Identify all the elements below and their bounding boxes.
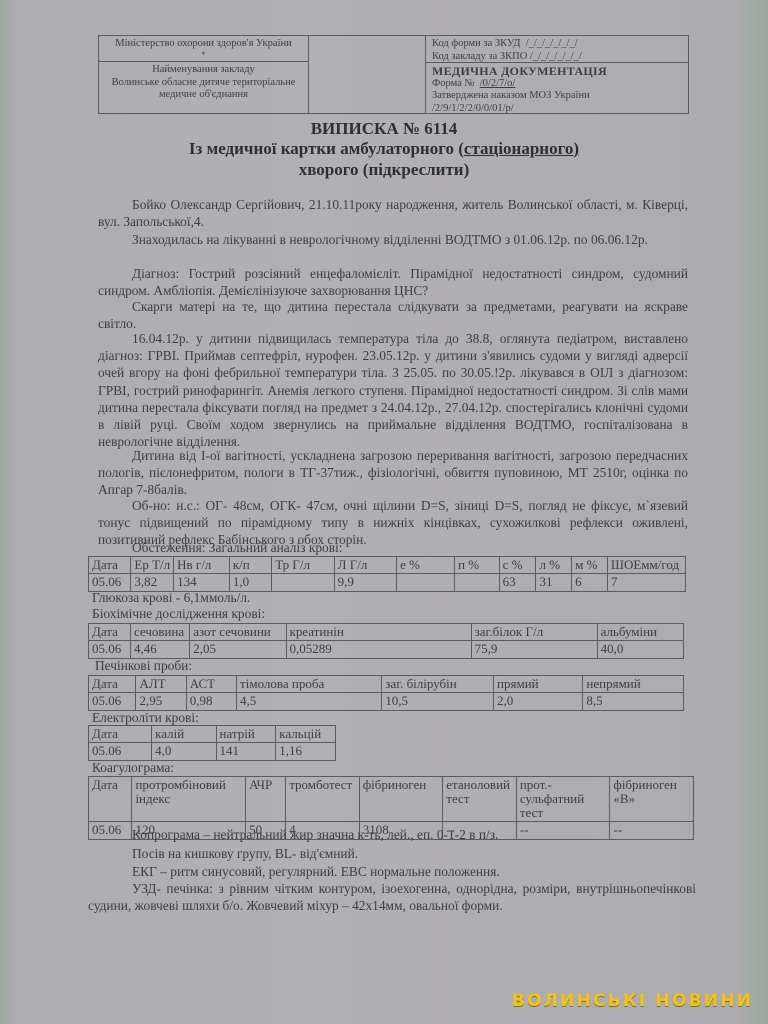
cbc-label: Обстеження: Загальний аналіз крові: — [132, 540, 343, 556]
cbc-header-row: ДатаЕр Т/лНв г/лк/пТр Г/лЛ Г/ле %п %с %л… — [89, 557, 686, 574]
zkpo-value: /_/_/_/_/_/_/ — [530, 51, 582, 62]
liver-header-row: ДатаАЛТАСТтімолова пробазаг. білірубінпр… — [89, 676, 684, 693]
ecg-text: ЕКГ – ритм синусовий, регулярний. ЕВС но… — [132, 864, 500, 879]
cbc-cell: 1,0 — [229, 574, 271, 592]
cbc-col-header: Тр Г/л — [272, 557, 334, 574]
coag-col-header: прот.-сульфатний тест — [516, 777, 610, 822]
cbc-col-header: с % — [499, 557, 536, 574]
institution-name-line1: Волинське обласне дитяче територіальне — [99, 77, 308, 90]
history-text: 16.04.12р. у дитини підвищилась температ… — [98, 331, 688, 449]
culture-paragraph: Посів на кишкову групу, BL- від'ємний. — [98, 845, 688, 862]
patient-paragraph: Бойко Олександр Сергійович, 21.10.11року… — [98, 196, 688, 230]
liver-cell: 05.06 — [89, 693, 136, 711]
biochem-cell: 0,05289 — [286, 641, 471, 659]
cbc-cell: 63 — [499, 574, 536, 592]
liver-col-header: непрямий — [583, 676, 684, 693]
cbc-col-header: Нв г/л — [174, 557, 230, 574]
subtitle-prefix: Із медичної картки амбулаторного ( — [189, 139, 464, 158]
ultrasound-paragraph: УЗД- печінка: з рівним чітким контуром, … — [88, 880, 696, 914]
liver-cell: 4,5 — [237, 693, 382, 711]
ministry-cell: Міністерство охорони здоров'я України * — [99, 36, 308, 62]
document-page: Міністерство охорони здоров'я України * … — [0, 0, 768, 1024]
cbc-cell — [397, 574, 455, 592]
electrolytes-label: Електроліти крові: — [92, 710, 199, 726]
electrolytes-table: Датакалійнатрійкальцій05.064,01411,16 — [88, 725, 336, 761]
liver-label: Печінкові проби: — [95, 658, 192, 674]
stay-text: Знаходилась на лікуванні в неврологічном… — [132, 232, 648, 247]
approved-text: Затверджена наказом МОЗ України — [432, 90, 688, 103]
electrolytes-table-row: 05.064,01411,16 — [89, 743, 336, 761]
liver-col-header: прямий — [494, 676, 583, 693]
cbc-col-header: п % — [455, 557, 500, 574]
subtitle-underlined: стаціонарного — [464, 139, 573, 158]
liver-col-header: заг. білірубін — [382, 676, 494, 693]
institution-cell: Найменування закладу Волинське обласне д… — [99, 62, 308, 102]
document-subtitle: Із медичної картки амбулаторного (стаціо… — [0, 139, 768, 159]
cbc-cell: 6 — [572, 574, 608, 592]
liver-col-header: АСТ — [186, 676, 236, 693]
biochem-col-header: заг.білок Г/л — [471, 624, 597, 641]
liver-table-row: 05.062,950,984,510,52,08,5 — [89, 693, 684, 711]
cbc-table: ДатаЕр Т/лНв г/лк/пТр Г/лЛ Г/ле %п %с %л… — [88, 556, 686, 592]
coag-col-header: фібриноген — [359, 777, 443, 822]
electrolytes-cell: 1,16 — [276, 743, 336, 761]
biochem-col-header: креатинін — [286, 624, 471, 641]
biochem-table: Датасечовинаазот сечовиникреатинінзаг.бі… — [88, 623, 684, 659]
liver-cell: 2,95 — [136, 693, 186, 711]
coag-col-header: Дата — [89, 777, 132, 822]
copro-text: Копрограма – нейтральний жир значна к-ть… — [132, 827, 498, 842]
ministry-name: Міністерство охорони здоров'я України — [115, 38, 291, 49]
electrolytes-cell: 141 — [216, 743, 276, 761]
cbc-col-header: е % — [397, 557, 455, 574]
biochem-col-header: альбуміни — [597, 624, 683, 641]
biochem-cell: 2,05 — [190, 641, 286, 659]
document-title: ВИПИСКА № 6114 — [0, 119, 768, 139]
cbc-cell: 134 — [174, 574, 230, 592]
zkpo-label: Код закладу за ЗКПО — [432, 51, 527, 62]
biochem-table-row: 05.064,462,050,0528975,940,0 — [89, 641, 684, 659]
biochem-col-header: азот сечовини — [190, 624, 286, 641]
liver-cell: 8,5 — [583, 693, 684, 711]
form-value: /0/2/7/о/ — [480, 78, 516, 89]
liver-col-header: Дата — [89, 676, 136, 693]
cbc-col-header: Ер Т/л — [131, 557, 174, 574]
approved-code: /2/9/1/2/2/0/0/01/р/ — [432, 103, 688, 116]
institution-name-line2: медичне об'єднання — [99, 89, 308, 102]
cbc-cell: 9,9 — [334, 574, 396, 592]
med-doc-title: МЕДИЧНА ДОКУМЕНТАЦІЯ — [432, 65, 688, 78]
electrolytes-cell: 05.06 — [89, 743, 152, 761]
header-middle-column — [309, 36, 426, 113]
liver-cell: 10,5 — [382, 693, 494, 711]
header-right-column: Код форми за ЗКУД /_/_/_/_/_/_/ Код закл… — [426, 36, 688, 113]
ministry-mark: * — [99, 51, 308, 59]
biochem-col-header: Дата — [89, 624, 131, 641]
coag-col-header: етаноловий тест — [443, 777, 517, 822]
biochem-cell: 75,9 — [471, 641, 597, 659]
form-label: Форма № — [432, 78, 475, 89]
biochem-cell: 05.06 — [89, 641, 131, 659]
stay-paragraph: Знаходилась на лікуванні в неврологічном… — [98, 231, 688, 248]
med-doc-cell: МЕДИЧНА ДОКУМЕНТАЦІЯ Форма № /0/2/7/о/ З… — [426, 63, 688, 115]
document-subtitle-line3: хворого (підкреслити) — [0, 160, 768, 180]
electrolytes-col-header: натрій — [216, 726, 276, 743]
cbc-cell — [272, 574, 334, 592]
subtitle-suffix: ) — [573, 139, 579, 158]
glucose-label: Глюкоза крові - 6,1ммоль/л. — [92, 590, 250, 606]
cbc-col-header: м % — [572, 557, 608, 574]
liver-col-header: тімолова проба — [237, 676, 382, 693]
liver-table: ДатаАЛТАСТтімолова пробазаг. білірубінпр… — [88, 675, 684, 711]
patient-text: Бойко Олександр Сергійович, 21.10.11року… — [98, 197, 688, 229]
coag-col-header: протромбіновий індекс — [132, 777, 246, 822]
complaints-text: Скарги матері на те, що дитина перестала… — [98, 299, 688, 331]
zkud-value: /_/_/_/_/_/_/ — [526, 38, 578, 49]
institution-label: Найменування закладу — [99, 64, 308, 77]
header-left-column: Міністерство охорони здоров'я України * … — [99, 36, 309, 113]
birth-text: Дитина від I-ої вагітності, ускладнена з… — [98, 448, 688, 497]
cbc-col-header: Л Г/л — [334, 557, 396, 574]
codes-cell: Код форми за ЗКУД /_/_/_/_/_/_/ Код закл… — [426, 36, 688, 63]
coag-label: Коагулограма: — [92, 760, 174, 776]
news-watermark-logo: ВОЛИНСЬКІ НОВИНИ — [512, 991, 753, 1011]
electrolytes-col-header: кальцій — [276, 726, 336, 743]
biochem-cell: 4,46 — [130, 641, 189, 659]
complaints-paragraph: Скарги матері на те, що дитина перестала… — [98, 298, 688, 332]
electrolytes-header-row: Датакалійнатрійкальцій — [89, 726, 336, 743]
cbc-col-header: ШОЕмм/год — [607, 557, 685, 574]
cbc-cell: 05.06 — [89, 574, 131, 592]
culture-text: Посів на кишкову групу, BL- від'ємний. — [132, 846, 358, 861]
ecg-paragraph: ЕКГ – ритм синусовий, регулярний. ЕВС но… — [98, 863, 688, 880]
copro-paragraph: Копрограма – нейтральний жир значна к-ть… — [98, 826, 688, 843]
biochem-label: Біохімічне дослідження крові: — [92, 606, 265, 622]
zkud-label: Код форми за ЗКУД — [432, 38, 520, 49]
cbc-col-header: л % — [536, 557, 572, 574]
liver-cell: 2,0 — [494, 693, 583, 711]
electrolytes-col-header: калій — [152, 726, 216, 743]
cbc-col-header: к/п — [229, 557, 271, 574]
diagnosis-text: Діагноз: Гострий розсіяний енцефаломієлі… — [98, 266, 688, 298]
coag-col-header: тромботест — [286, 777, 360, 822]
form-header-box: Міністерство охорони здоров'я України * … — [98, 35, 689, 114]
coag-col-header: фібриноген «В» — [610, 777, 694, 822]
biochem-cell: 40,0 — [597, 641, 683, 659]
cbc-table-row: 05.063,821341,09,9633167 — [89, 574, 686, 592]
ultrasound-text: УЗД- печінка: з рівним чітким контуром, … — [88, 881, 696, 913]
liver-cell: 0,98 — [186, 693, 236, 711]
cbc-col-header: Дата — [89, 557, 131, 574]
biochem-header-row: Датасечовинаазот сечовиникреатинінзаг.бі… — [89, 624, 684, 641]
liver-col-header: АЛТ — [136, 676, 186, 693]
birth-paragraph: Дитина від I-ої вагітності, ускладнена з… — [98, 447, 688, 499]
cbc-cell — [455, 574, 500, 592]
coag-header-row: Датапротромбіновий індексАЧРтромботестфі… — [89, 777, 694, 822]
biochem-col-header: сечовина — [130, 624, 189, 641]
diagnosis-paragraph: Діагноз: Гострий розсіяний енцефаломієлі… — [98, 265, 688, 299]
cbc-cell: 3,82 — [131, 574, 174, 592]
electrolytes-col-header: Дата — [89, 726, 152, 743]
electrolytes-cell: 4,0 — [152, 743, 216, 761]
coag-col-header: АЧР — [246, 777, 286, 822]
cbc-cell: 7 — [607, 574, 685, 592]
history-paragraph: 16.04.12р. у дитини підвищилась температ… — [98, 330, 688, 450]
cbc-cell: 31 — [536, 574, 572, 592]
